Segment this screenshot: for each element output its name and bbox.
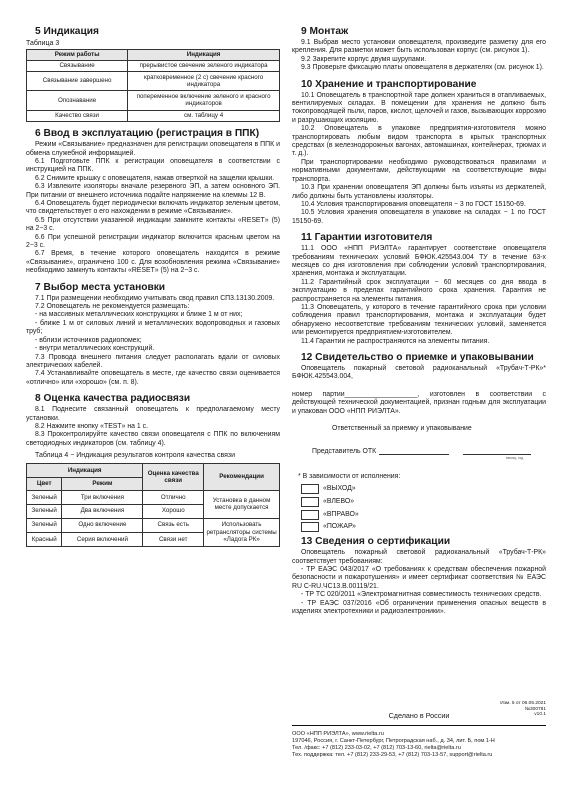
paragraph: 11.1 ООО «НПП РИЭЛТА» гарантирует соотве…	[292, 245, 546, 279]
section-12: 12 Свидетельство о приемке и упаковывани…	[292, 352, 546, 532]
paragraph: 7.4 Устанавливайте оповещатель в месте, …	[26, 370, 280, 387]
section-10-title: 10 Хранение и транспортирование	[292, 79, 546, 91]
paragraph: 10.2 Оповещатель в упаковке предприятия-…	[292, 125, 546, 159]
paragraph: 8.3 Проконтролируйте качество связи опов…	[26, 431, 280, 448]
table-cell: Три включения	[62, 491, 143, 505]
table-cell: Связывание	[27, 60, 128, 72]
section-7-title: 7 Выбор места установки	[26, 282, 280, 294]
table-cell: кратковременное (2 с) свечение красного …	[128, 72, 280, 91]
table-cell: см. таблицу 4	[128, 110, 280, 122]
variant-option[interactable]: «ПОЖАР»	[301, 522, 546, 532]
section-13-title: 13 Сведения о сертификации	[292, 536, 546, 548]
checkbox-icon[interactable]	[301, 510, 319, 520]
table-cell: Одно включение	[62, 518, 143, 532]
section-11-title: 11 Гарантии изготовителя	[292, 232, 546, 244]
variant-option[interactable]: «ВПРАВО»	[301, 510, 546, 520]
date-field[interactable]	[463, 447, 531, 455]
section-10: 10 Хранение и транспортирование 10.1 Опо…	[292, 79, 546, 227]
table-cell: Зеленый	[27, 504, 62, 518]
batch-statement: номер партии___________________, изготов…	[292, 391, 546, 416]
paragraph: - ТР ЕАЭС 043/2017 «О требованиях к сред…	[292, 566, 546, 591]
paragraph: 11.3 Оповещатель, у которого в течение г…	[292, 304, 546, 338]
paragraph: 10.3 При хранении оповещателя ЭП должны …	[292, 184, 546, 201]
paragraph: - ТР ТС 020/2011 «Электромагнитная совме…	[292, 591, 546, 599]
section-5-title: 5 Индикация	[26, 26, 280, 38]
variant-note: * В зависимости от исполнения:	[292, 473, 546, 481]
responsible-label: Ответственный за приемку и упаковывание	[292, 425, 546, 433]
section-6-title: 6 Ввод в эксплуатацию (регистрация в ППК…	[26, 128, 280, 140]
left-column: 5 Индикация Таблица 3 Режим работы Индик…	[26, 26, 280, 547]
product-line: Оповещатель пожарный световой радиоканал…	[292, 365, 546, 382]
paragraph: 6.6 При успешной регистрации индикатор в…	[26, 234, 280, 251]
table-cell: Качество связи	[27, 110, 128, 122]
paragraph: 6.7 Время, в течение которого оповещател…	[26, 250, 280, 275]
section-7: 7 Выбор места установки 7.1 При размещен…	[26, 282, 280, 387]
option-label: «ВЫХОД»	[323, 485, 356, 493]
section-8-title: 8 Оценка качества радиосвязи	[26, 393, 280, 405]
variant-option[interactable]: «ВЛЕВО»	[301, 497, 546, 507]
right-column: 9 Монтаж 9.1 Выбрав место установки опов…	[292, 26, 546, 616]
option-label: «ВЛЕВО»	[323, 498, 354, 506]
paragraph: 10.4 Условия транспортирования оповещате…	[292, 201, 546, 209]
table-cell: Два включения	[62, 504, 143, 518]
otk-signature-row: Представитель ОТК месяц, год	[292, 447, 546, 455]
otk-label: Представитель ОТК	[312, 448, 376, 455]
company-phone: Тел. /факс: +7 (812) 233-03-02, +7 (812)…	[292, 745, 546, 752]
table-cell: Отлично	[143, 491, 204, 505]
section-9-title: 9 Монтаж	[292, 26, 546, 38]
table-cell: Связывание завершено	[27, 72, 128, 91]
section-11: 11 Гарантии изготовителя 11.1 ООО «НПП Р…	[292, 232, 546, 346]
table-4-header-mode: Режим	[62, 477, 143, 491]
paragraph: 8.1 Поднесите связанный оповещатель к пр…	[26, 406, 280, 423]
paragraph: - ТР ЕАЭС 037/2016 «Об ограничении приме…	[292, 600, 546, 617]
paragraph: 6.3 Извлеките изоляторы вначале резервно…	[26, 183, 280, 200]
paragraph: 11.4 Гарантии не распространяются на эле…	[292, 338, 546, 346]
paragraph: 10.5 Условия хранения оповещателя в упак…	[292, 209, 546, 226]
paragraph: 9.2 Закрепите корпус двумя шурупами.	[292, 56, 546, 64]
paragraph: При транспортировании необходимо руковод…	[292, 159, 546, 184]
table-3-header: Режим работы	[27, 50, 128, 61]
company-contacts: ООО «НПП РИЭЛТА», www.rielta.ru 197046, …	[292, 731, 546, 759]
table-3: Режим работы Индикация Связываниепрерыви…	[26, 49, 280, 122]
section-12-title: 12 Свидетельство о приемке и упаковывани…	[292, 352, 546, 364]
made-in-russia: Сделано в России	[292, 711, 546, 720]
table-cell: Серия включений	[62, 532, 143, 546]
section-8: 8 Оценка качества радиосвязи 8.1 Поднеси…	[26, 393, 280, 547]
paragraph: 6.5 При отсутствии указанной индикации з…	[26, 217, 280, 234]
checkbox-icon[interactable]	[301, 484, 319, 494]
paragraph: 6.1 Подготовьте ППК к регистрации оповещ…	[26, 158, 280, 175]
date-hint: месяц, год	[506, 456, 523, 460]
table-3-header: Индикация	[128, 50, 280, 61]
paragraph: 9.3 Проверьте фиксацию платы оповещателя…	[292, 64, 546, 72]
section-6: 6 Ввод в эксплуатацию (регистрация в ППК…	[26, 128, 280, 276]
paragraph: 7.1 При размещении необходимо учитывать …	[26, 295, 280, 303]
variant-option[interactable]: «ВЫХОД»	[301, 484, 546, 494]
list-item: - на массивных металлических конструкция…	[26, 311, 280, 319]
list-item: - вблизи источников радиопомех;	[26, 337, 280, 345]
table-cell: Красный	[27, 532, 62, 546]
table-row: Зеленый Три включения Отлично Установка …	[27, 491, 280, 505]
checkbox-icon[interactable]	[301, 497, 319, 507]
table-row: Связывание завершенократковременное (2 с…	[27, 72, 280, 91]
table-row: Опознаваниепопеременное включение зелено…	[27, 91, 280, 110]
paragraph: Оповещатель пожарный световой радиоканал…	[292, 549, 546, 566]
support-contacts: Тех. поддержка: тел. +7 (812) 233-29-53,…	[292, 752, 546, 759]
table-cell: Хорошо	[143, 504, 204, 518]
table-4: Индикация Оценка качества связи Рекоменд…	[26, 463, 280, 547]
otk-signature-field[interactable]	[379, 447, 449, 455]
table-4-header-recommendations: Рекомендации	[204, 464, 280, 491]
table-4-header-quality: Оценка качества связи	[143, 464, 204, 491]
company-name: ООО «НПП РИЭЛТА», www.rielta.ru	[292, 731, 546, 738]
option-label: «ВПРАВО»	[323, 511, 359, 519]
paragraph: Режим «Связывание» предназначен для реги…	[26, 141, 280, 158]
table-4-caption: Таблица 4 − Индикация результатов контро…	[26, 451, 280, 460]
table-4-header-color: Цвет	[27, 477, 62, 491]
table-row: Связываниепрерывистое свечение зеленого …	[27, 60, 280, 72]
list-item: - внутри металлических конструкций.	[26, 345, 280, 353]
footer-divider	[292, 725, 546, 726]
table-cell: попеременное включение зеленого и красно…	[128, 91, 280, 110]
table-cell: Зеленый	[27, 518, 62, 532]
table-row: Качество связисм. таблицу 4	[27, 110, 280, 122]
table-cell: прерывистое свечение зеленого индикатора	[128, 60, 280, 72]
checkbox-icon[interactable]	[301, 522, 319, 532]
paragraph: 7.3 Провода внешнего питания следует рас…	[26, 354, 280, 371]
table-cell: Установка в данном месте допускается	[204, 491, 280, 518]
table-cell: Связи нет	[143, 532, 204, 546]
paragraph: 6.2 Снимите крышку с оповещателя, нажав …	[26, 175, 280, 183]
option-label: «ПОЖАР»	[323, 523, 356, 531]
paragraph: 6.4 Оповещатель будет периодически включ…	[26, 200, 280, 217]
table-3-caption: Таблица 3	[26, 39, 280, 48]
company-address: 197046, Россия, г. Санкт-Петербург, Петр…	[292, 738, 546, 745]
list-item: - ближе 1 м от силовых линий и металличе…	[26, 320, 280, 337]
table-cell: Зеленый	[27, 491, 62, 505]
table-4-header-indication: Индикация	[27, 464, 143, 478]
paragraph: 10.1 Оповещатель в транспортной таре дол…	[292, 92, 546, 126]
table-row: Зеленый Одно включение Связь есть Исполь…	[27, 518, 280, 532]
table-cell: Использовать ретрансляторы системы «Ладо…	[204, 518, 280, 547]
table-cell: Опознавание	[27, 91, 128, 110]
paragraph: 11.2 Гарантийный срок эксплуатации − 60 …	[292, 279, 546, 304]
section-13: 13 Сведения о сертификации Оповещатель п…	[292, 536, 546, 616]
table-cell: Связь есть	[143, 518, 204, 532]
paragraph: 9.1 Выбрав место установки оповещателя, …	[292, 39, 546, 56]
